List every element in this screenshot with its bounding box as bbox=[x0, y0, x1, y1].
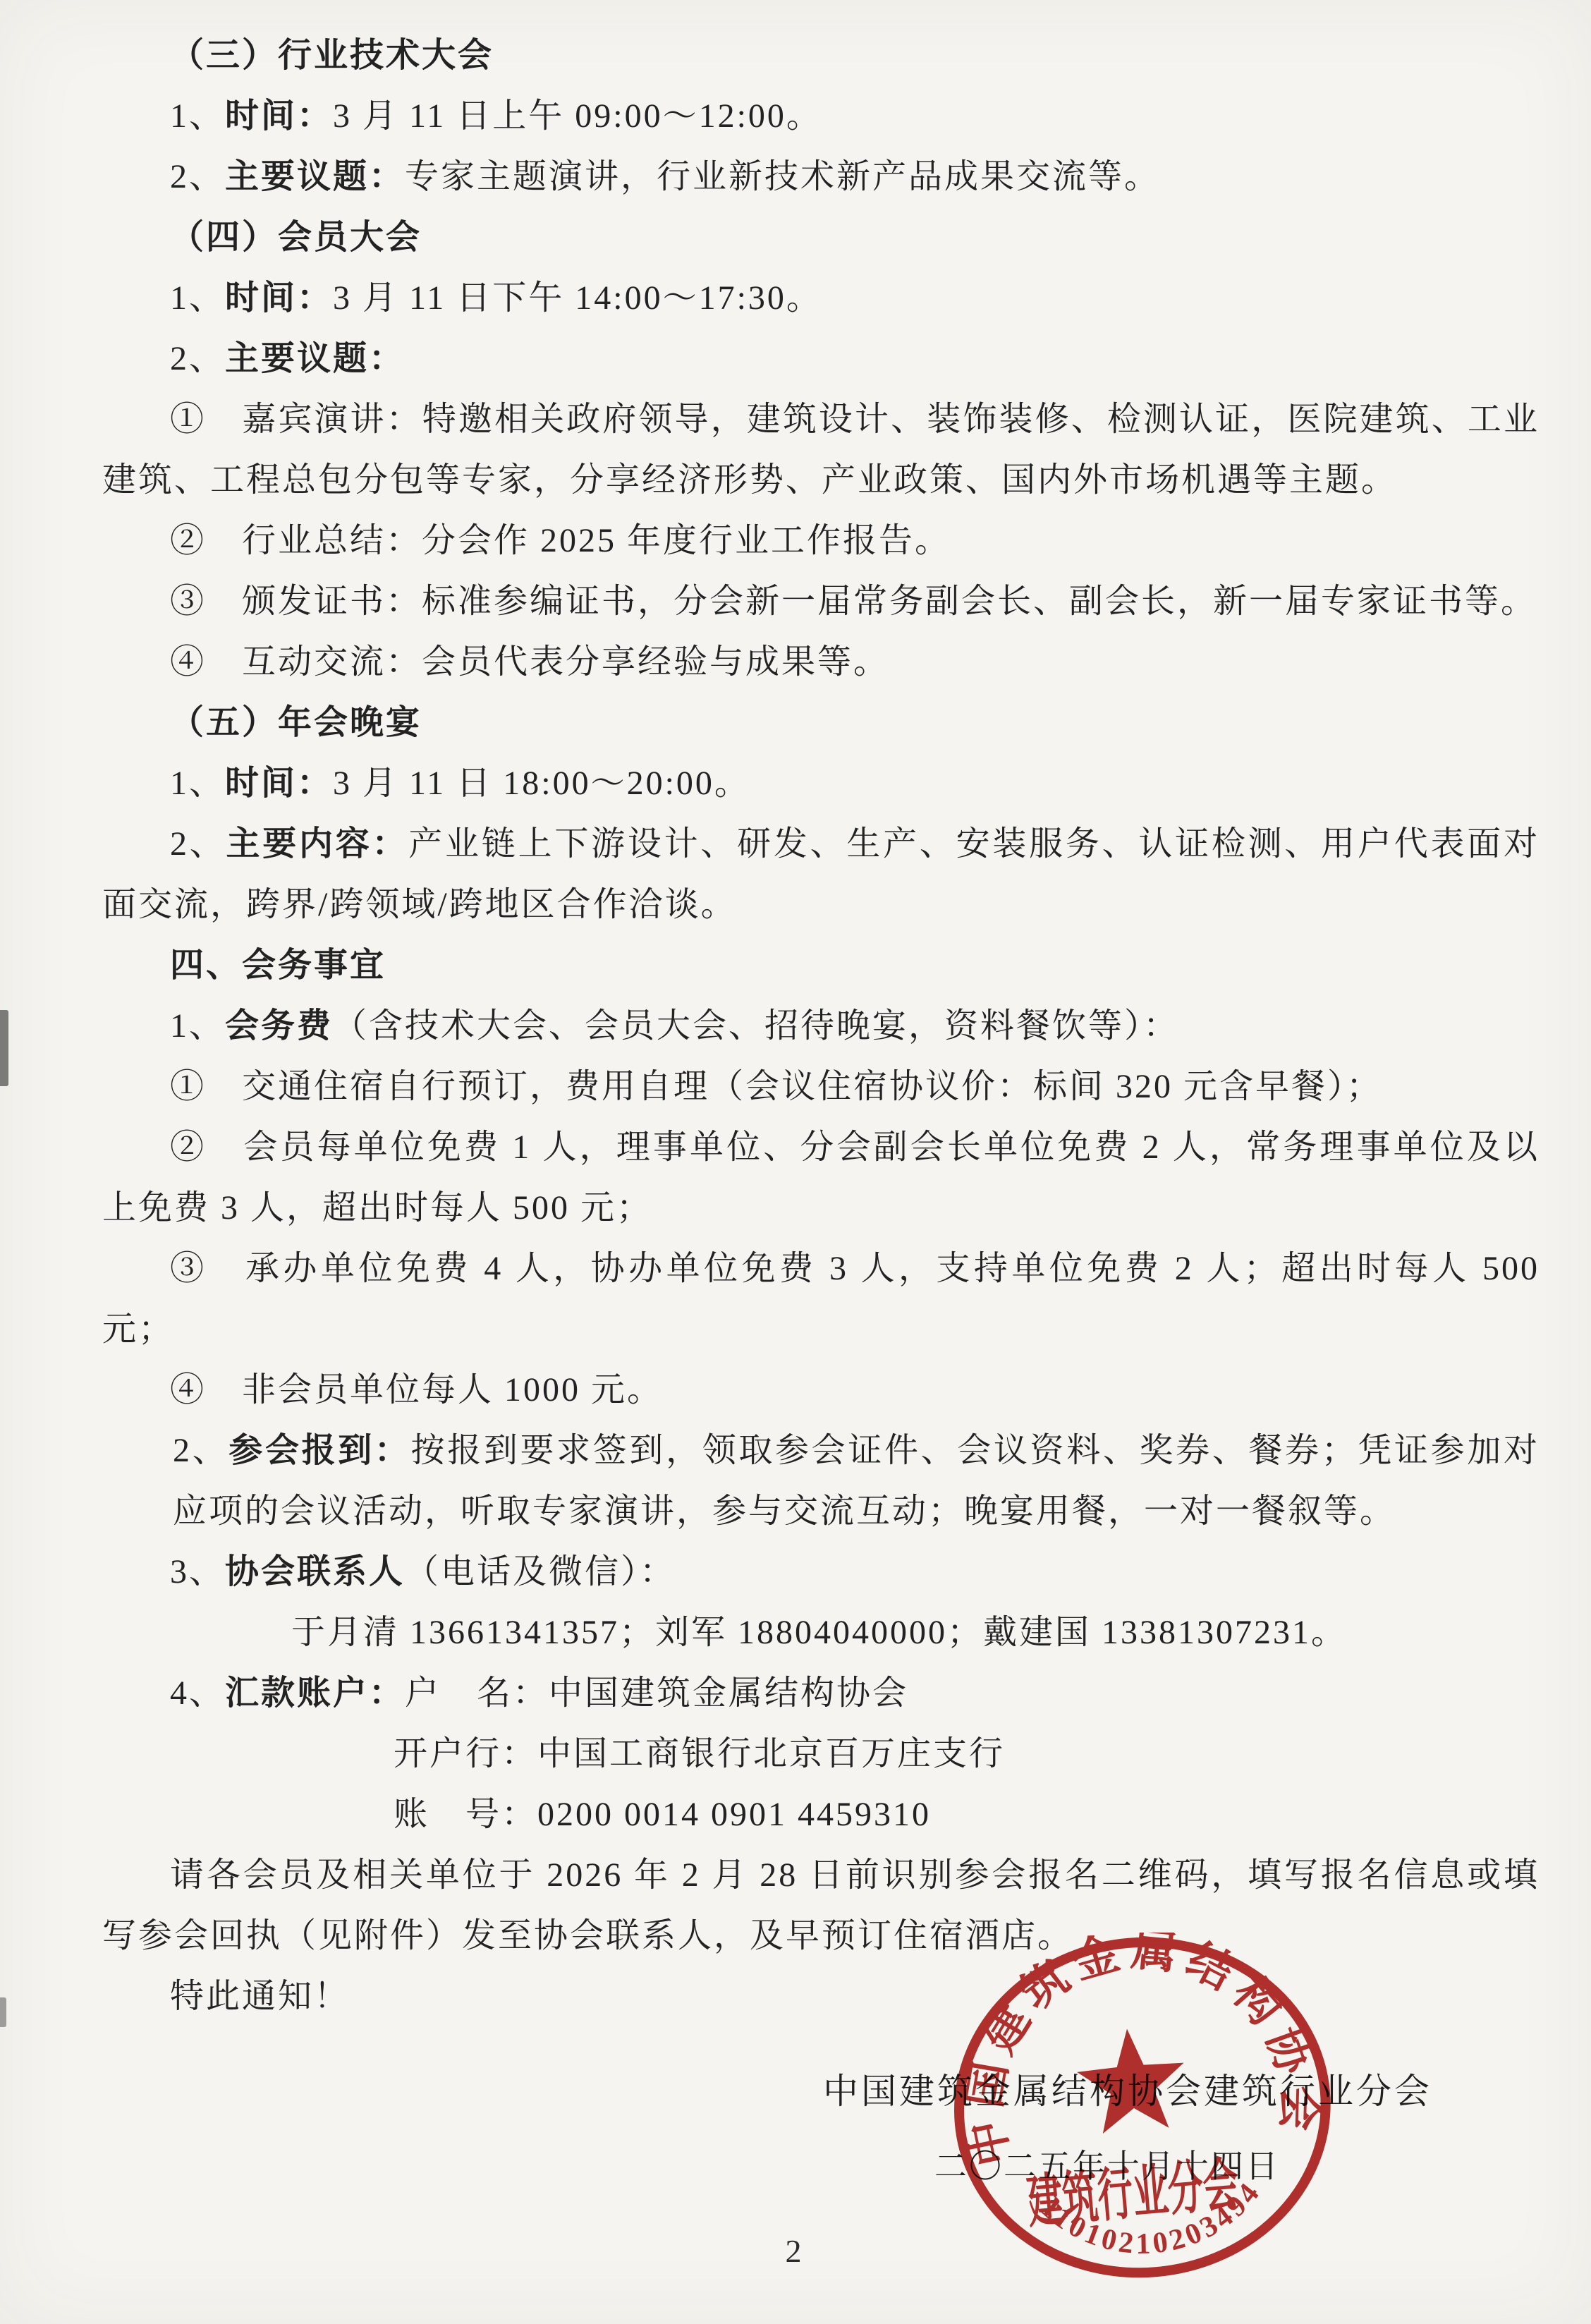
circled-number-icon: ② bbox=[170, 522, 242, 559]
item-label: 时间： bbox=[225, 97, 333, 135]
item-number: 2、 bbox=[170, 158, 225, 195]
bank-text: 账 号：0200 0014 0901 4459310 bbox=[394, 1796, 931, 1833]
item-label: 主要内容： bbox=[226, 825, 409, 863]
item-text: （电话及微信）： bbox=[405, 1553, 676, 1590]
official-seal-stamp: 中国建筑金属结构协会 建筑行业分会 11010210203494 bbox=[945, 1933, 1340, 2289]
paragraph: 2、参会报到：按报到要求签到，领取参会证件、会议资料、奖券、餐券；凭证参加对应项… bbox=[173, 1420, 1540, 1542]
circled-number-icon: ③ bbox=[170, 1250, 245, 1287]
item-text: 户 名：中国建筑金属结构协会 bbox=[405, 1674, 908, 1712]
section-heading: （五）年会晚宴 bbox=[102, 693, 1540, 753]
item-label: 主要议题： bbox=[225, 158, 405, 195]
item-number: 1、 bbox=[170, 765, 225, 802]
paragraph: 1、时间：3 月 11 日上午 09:00～12:00。 bbox=[102, 86, 1540, 147]
item-number: 3、 bbox=[170, 1553, 225, 1590]
circled-item: ④ 非会员单位每人 1000 元。 bbox=[102, 1360, 1540, 1420]
item-text: 非会员单位每人 1000 元。 bbox=[242, 1371, 663, 1409]
item-text: 颁发证书：标准参编证书，分会新一届常务副会长、副会长，新一届专家证书等。 bbox=[242, 583, 1537, 620]
circled-item: ① 交通住宿自行预订，费用自理（会议住宿协议价：标间 320 元含早餐）； bbox=[102, 1057, 1540, 1117]
circled-item: ① 嘉宾演讲：特邀相关政府领导，建筑设计、装饰装修、检测认证，医院建筑、工业建筑… bbox=[102, 389, 1540, 511]
paragraph: 3、协会联系人（电话及微信）： bbox=[102, 1542, 1540, 1602]
circled-item: ② 会员每单位免费 1 人，理事单位、分会副会长单位免费 2 人，常务理事单位及… bbox=[102, 1117, 1540, 1239]
item-label: 协会联系人 bbox=[225, 1553, 405, 1590]
section-heading: 四、会务事宜 bbox=[102, 935, 1540, 996]
section-heading: （三）行业技术大会 bbox=[102, 25, 1540, 86]
closing-text: 特此通知！ bbox=[170, 1978, 350, 2015]
item-label: 时间： bbox=[225, 279, 333, 317]
item-text: 嘉宾演讲：特邀相关政府领导，建筑设计、装饰装修、检测认证，医院建筑、工业建筑、工… bbox=[102, 401, 1540, 499]
paragraph: 1、时间：3 月 11 日下午 14:00～17:30。 bbox=[102, 268, 1540, 329]
circled-number-icon: ① bbox=[170, 401, 242, 438]
paragraph: 2、主要议题：专家主题演讲，行业新技术新产品成果交流等。 bbox=[102, 147, 1540, 207]
scan-artifact-mark bbox=[0, 1997, 6, 2027]
circled-item: ④ 互动交流：会员代表分享经验与成果等。 bbox=[102, 632, 1540, 693]
item-text: 交通住宿自行预订，费用自理（会议住宿协议价：标间 320 元含早餐）； bbox=[242, 1068, 1382, 1105]
paragraph: 1、时间：3 月 11 日 18:00～20:00。 bbox=[102, 753, 1540, 814]
circled-number-icon: ① bbox=[170, 1068, 242, 1105]
item-label: 汇款账户： bbox=[225, 1674, 405, 1712]
heading-text: （五）年会晚宴 bbox=[170, 704, 422, 741]
circled-number-icon: ④ bbox=[170, 1371, 242, 1409]
item-text: 承办单位免费 4 人，协办单位免费 3 人，支持单位免费 2 人；超出时每人 5… bbox=[102, 1250, 1540, 1348]
circled-number-icon: ④ bbox=[170, 643, 242, 681]
bank-line: 开户行：中国工商银行北京百万庄支行 bbox=[102, 1724, 1540, 1784]
item-number: 1、 bbox=[170, 279, 225, 317]
item-text: 行业总结：分会作 2025 年度行业工作报告。 bbox=[242, 522, 951, 559]
contact-text: 于月清 13661341357；刘军 18804040000；戴建国 13381… bbox=[291, 1614, 1347, 1651]
item-text: 3 月 11 日上午 09:00～12:00。 bbox=[333, 97, 822, 135]
item-number: 1、 bbox=[170, 1007, 225, 1045]
heading-text: 四、会务事宜 bbox=[170, 947, 386, 984]
item-number: 2、 bbox=[170, 340, 225, 377]
contact-line: 于月清 13661341357；刘军 18804040000；戴建国 13381… bbox=[102, 1602, 1540, 1663]
paragraph: 4、汇款账户：户 名：中国建筑金属结构协会 bbox=[102, 1663, 1540, 1724]
item-text: 专家主题演讲，行业新技术新产品成果交流等。 bbox=[405, 158, 1160, 195]
item-number: 2、 bbox=[170, 825, 226, 863]
item-label: 参会报到： bbox=[228, 1432, 410, 1469]
section-heading: （四）会员大会 bbox=[102, 207, 1540, 268]
item-number: 1、 bbox=[170, 97, 225, 135]
document-body: （三）行业技术大会 1、时间：3 月 11 日上午 09:00～12:00。 2… bbox=[102, 25, 1540, 2027]
circled-number-icon: ② bbox=[170, 1128, 243, 1166]
item-label: 时间： bbox=[225, 765, 333, 802]
star-icon bbox=[1073, 2024, 1189, 2136]
item-text: 3 月 11 日下午 14:00～17:30。 bbox=[333, 279, 822, 317]
paragraph: 2、主要议题： bbox=[102, 329, 1540, 389]
bank-line: 账 号：0200 0014 0901 4459310 bbox=[102, 1784, 1540, 1845]
item-text: 3 月 11 日 18:00～20:00。 bbox=[333, 765, 750, 802]
heading-text: （三）行业技术大会 bbox=[170, 37, 494, 74]
circled-item: ② 行业总结：分会作 2025 年度行业工作报告。 bbox=[102, 511, 1540, 571]
paragraph: 2、主要内容：产业链上下游设计、研发、生产、安装服务、认证检测、用户代表面对面交… bbox=[102, 814, 1540, 935]
item-number: 4、 bbox=[170, 1674, 225, 1712]
item-number: 2、 bbox=[173, 1432, 228, 1469]
item-text: （含技术大会、会员大会、招待晚宴，资料餐饮等）： bbox=[333, 1007, 1179, 1045]
scan-artifact-mark bbox=[0, 1010, 8, 1086]
circled-item: ③ 颁发证书：标准参编证书，分会新一届常务副会长、副会长，新一届专家证书等。 bbox=[102, 571, 1540, 632]
heading-text: （四）会员大会 bbox=[170, 219, 422, 256]
page-number: 2 bbox=[765, 2232, 822, 2270]
item-label: 主要议题： bbox=[225, 340, 405, 377]
circled-item: ③ 承办单位免费 4 人，协办单位免费 3 人，支持单位免费 2 人；超出时每人… bbox=[102, 1239, 1540, 1360]
item-text: 会员每单位免费 1 人，理事单位、分会副会长单位免费 2 人，常务理事单位及以上… bbox=[102, 1128, 1540, 1227]
circled-number-icon: ③ bbox=[170, 583, 242, 620]
item-label: 会务费 bbox=[225, 1007, 333, 1045]
item-text: 互动交流：会员代表分享经验与成果等。 bbox=[242, 643, 889, 681]
document-page: （三）行业技术大会 1、时间：3 月 11 日上午 09:00～12:00。 2… bbox=[0, 0, 1591, 2324]
paragraph: 1、会务费（含技术大会、会员大会、招待晚宴，资料餐饮等）： bbox=[102, 996, 1540, 1057]
bank-text: 开户行：中国工商银行北京百万庄支行 bbox=[394, 1735, 1005, 1772]
